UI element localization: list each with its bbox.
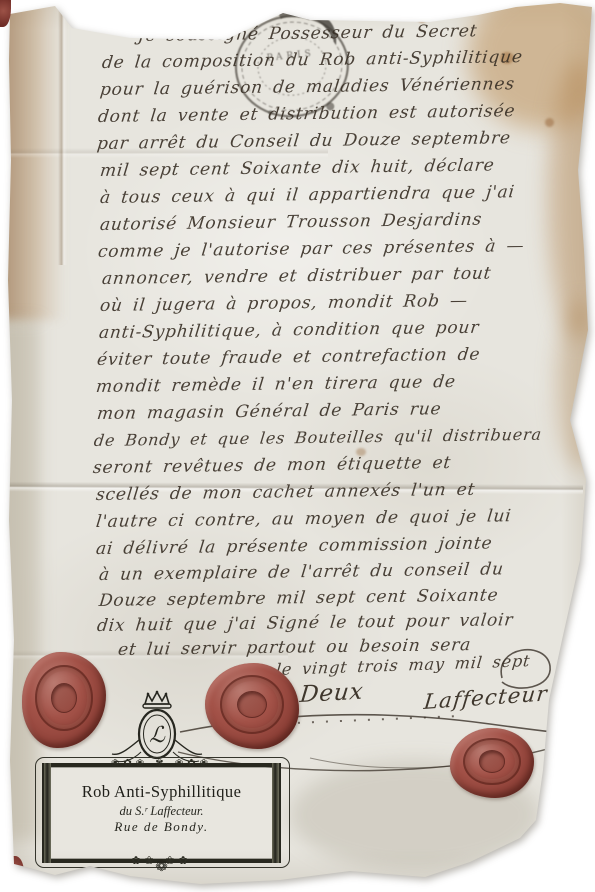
label-title: Rob Anti-Syphillitique [46, 782, 277, 802]
manuscript-line: de la composition du Rob anti-Syphilitiq… [101, 47, 524, 73]
stain [0, 0, 64, 320]
document-paper: PARIS Je soussigné Possesseur du Secret … [0, 0, 595, 892]
manuscript-line: mondit remède il n'en tirera que de [95, 372, 457, 397]
manuscript-year-word: Deux [299, 679, 365, 708]
manuscript-line: Douze septembre mil sept cent Soixante [98, 585, 500, 611]
manuscript-line: Je soussigné Possesseur du Secret [137, 21, 478, 46]
manuscript-line: mon magasin Général de Paris rue [96, 399, 443, 424]
label-subtitle: du S.ʳ Laffecteur. [46, 804, 277, 819]
foxing-spot [545, 118, 554, 127]
wax-seal-fragment-bottom-left [8, 856, 24, 886]
label-address: Rue de Bondy. [46, 819, 277, 835]
manuscript-line: mil sept cent Soixante dix huit, déclare [99, 156, 496, 181]
manuscript-line: éviter toute fraude et contrefaction de [96, 345, 481, 370]
manuscript-line: ai délivré la présente commission jointe [95, 533, 494, 559]
manuscript-line: seront revêtues de mon étiquette et [92, 453, 452, 478]
bouquet-icon: ❁ [46, 857, 277, 875]
manuscript-line: pour la guérison de maladies Vénériennes [99, 74, 516, 100]
fold-crease [58, 0, 67, 265]
paper-shadow: PARIS Je soussigné Possesseur du Secret … [0, 0, 595, 892]
manuscript-line: comme je l'autorise par ces présentes à … [97, 236, 526, 262]
manuscript-line: dont la vente et distribution est autori… [97, 101, 516, 127]
stain [556, 300, 595, 470]
manuscript-line: à tous ceux à qui il appartiendra que j'… [99, 182, 516, 208]
manuscript-line: l'autre ci contre, au moyen de quoi je l… [95, 506, 513, 532]
signature: Laffecteur [423, 681, 549, 713]
manuscript-line: dix huit que j'ai Signé le tout pour val… [96, 610, 514, 636]
crest-monogram: ℒ [149, 723, 166, 748]
manuscript-line: par arrêt du Conseil du Douze septembre [96, 128, 512, 154]
manuscript-line: autorisé Monsieur Trousson Desjardins [99, 210, 483, 235]
label-frame: ❀✿❀ ✾ ❀✿❀ Rob Anti-Syphillitique du S.ʳ … [42, 763, 281, 863]
wax-seal-right [450, 728, 534, 798]
wax-seal-center [479, 750, 506, 772]
manuscript-line: à un exemplaire de l'arrêt du conseil du [98, 559, 505, 585]
manuscript-line: anti-Syphilitique, à condition que pour [98, 318, 480, 343]
garland-icon: ❀✿❀ ✾ ❀✿❀ [46, 758, 277, 769]
apothecary-label: ℒ ❀✿❀ ✾ ❀✿❀ Rob Anti-Syphillitique du S.… [33, 692, 295, 874]
manuscript-line: de Bondy et que les Bouteilles qu'il dis… [93, 425, 543, 450]
manuscript-line: annoncer, vendre et distribuer par tout [101, 264, 493, 289]
manuscript-line: scellés de mon cachet annexés l'un et [95, 480, 476, 505]
manuscript-line: où il jugera à propos, mondit Rob — [99, 291, 469, 316]
stain [548, 60, 595, 340]
photo-background: PARIS Je soussigné Possesseur du Secret … [0, 0, 595, 892]
